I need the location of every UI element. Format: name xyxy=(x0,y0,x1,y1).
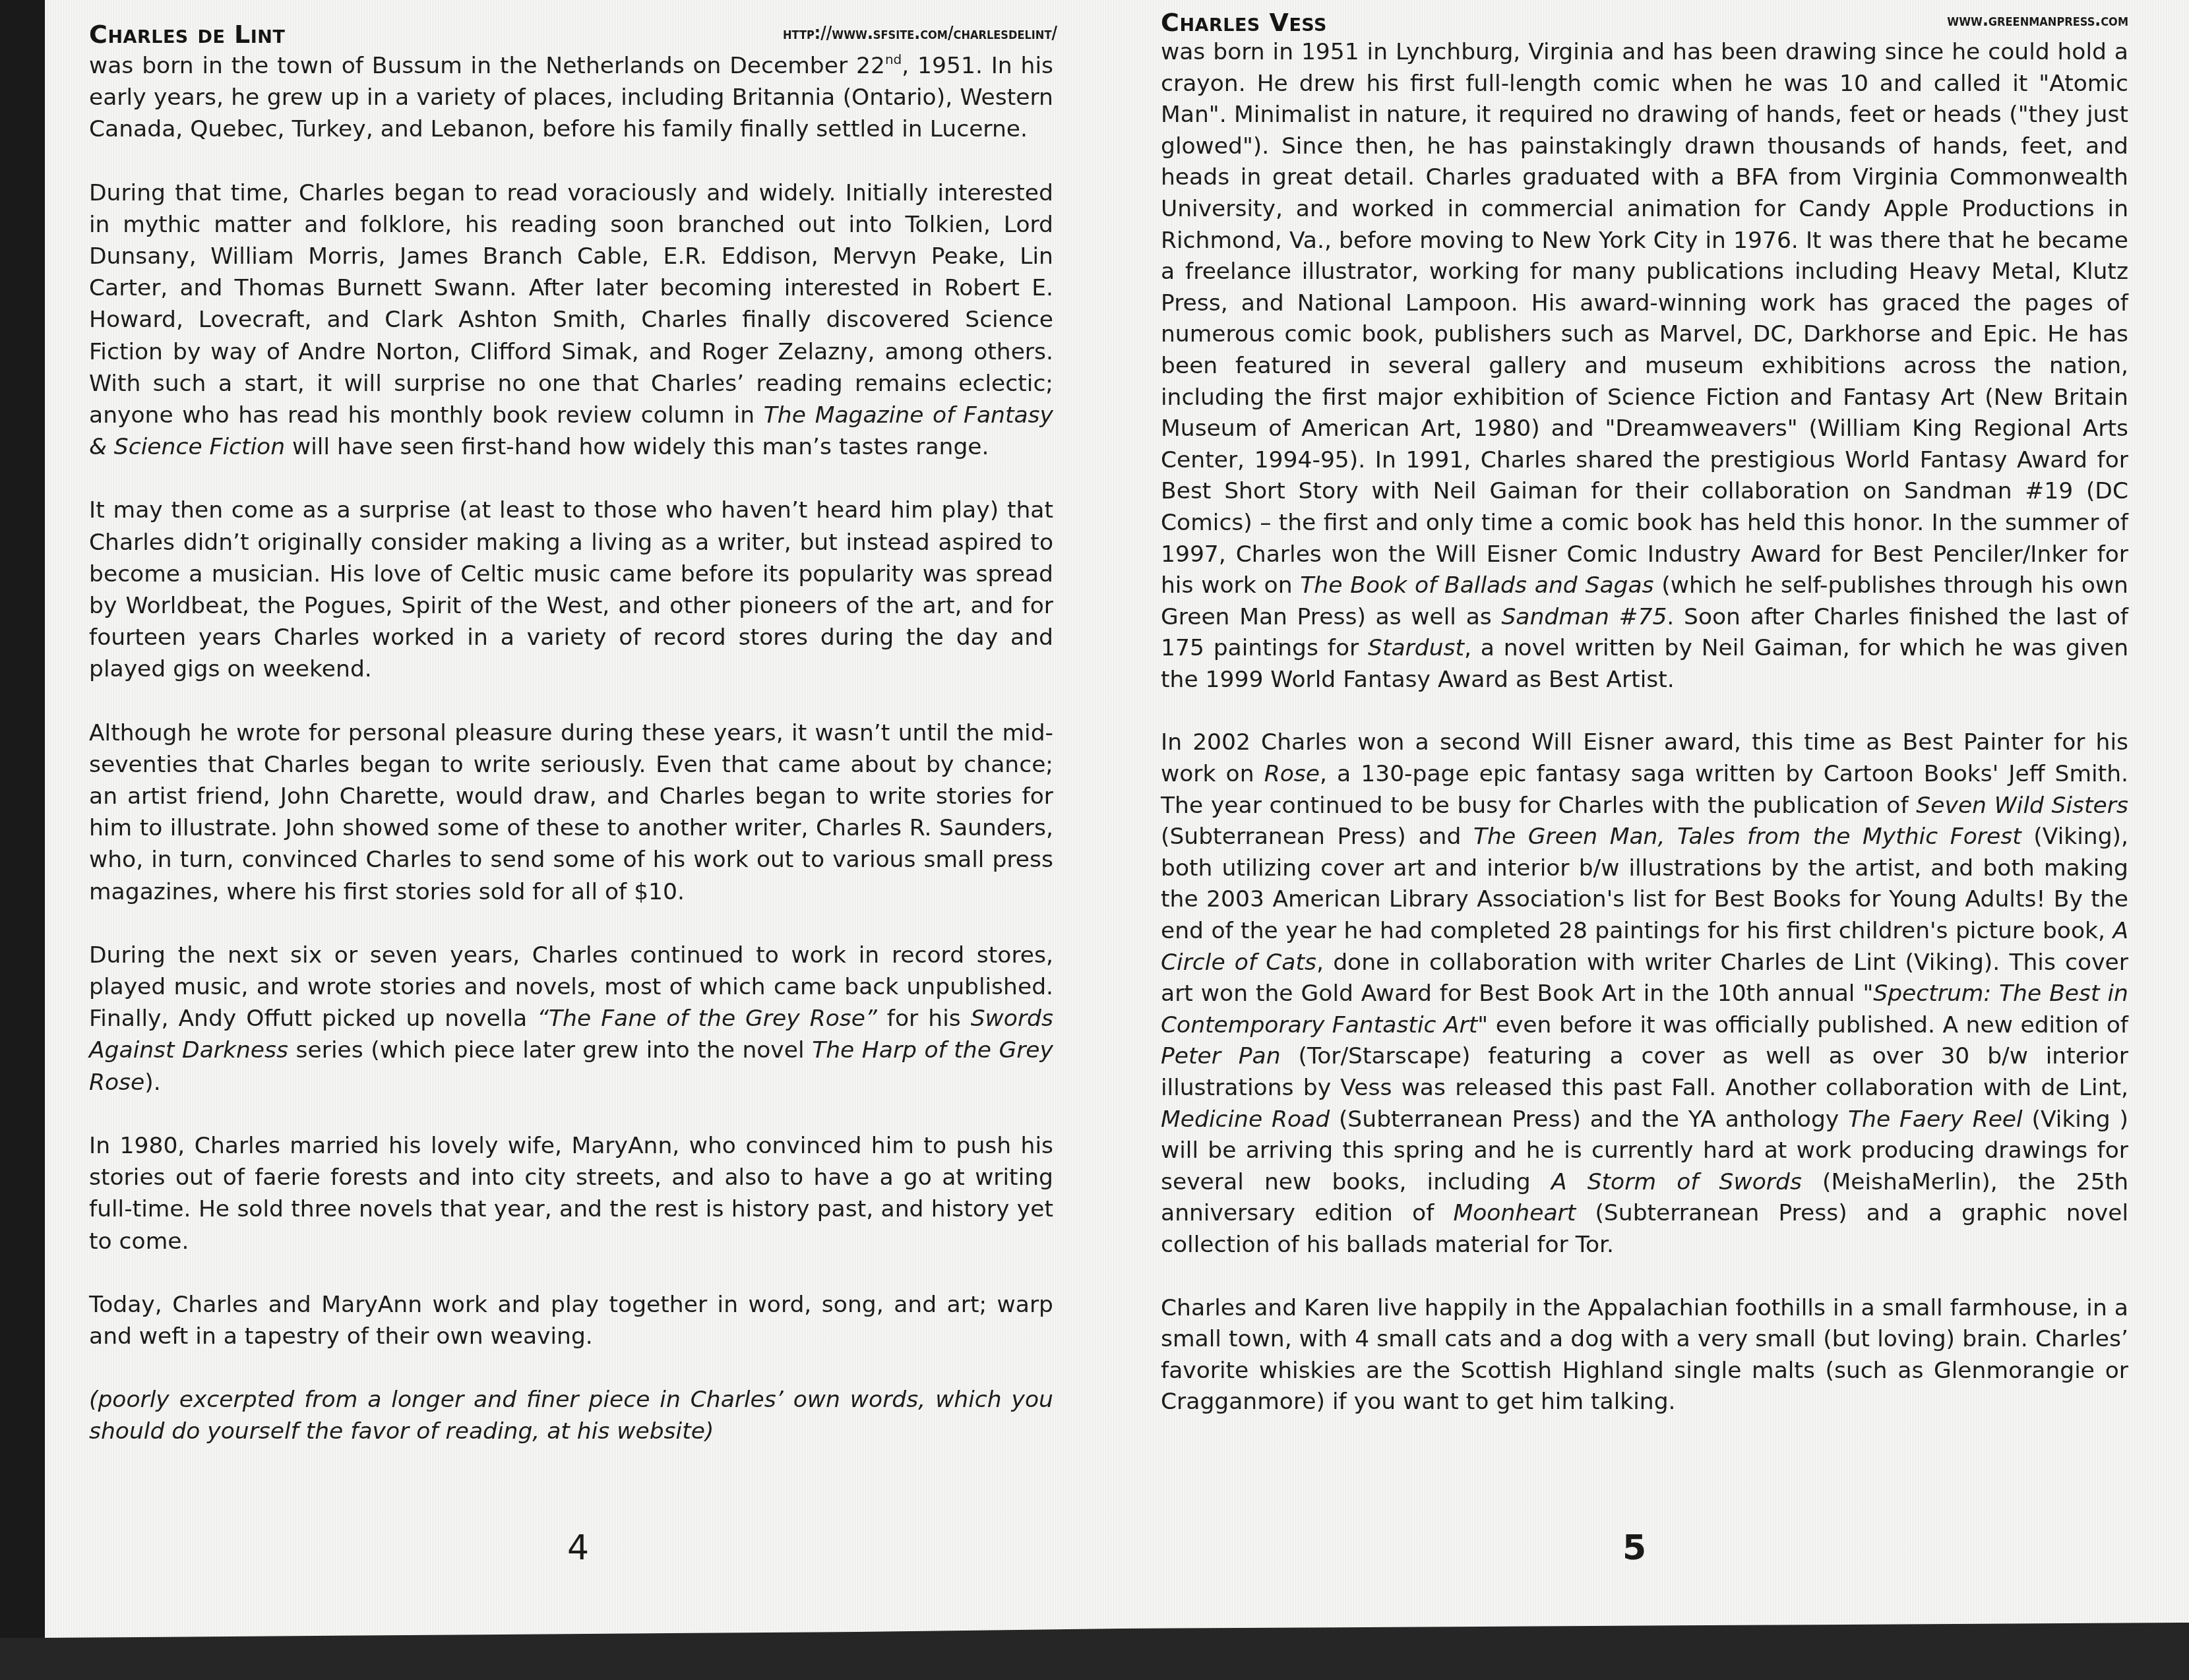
bio-paragraph: In 1980, Charles married his lovely wife… xyxy=(89,1130,1053,1257)
work-title: Stardust xyxy=(1368,635,1464,661)
page-number: 4 xyxy=(567,1528,589,1568)
bio-text: was born in the town of Bussum in the Ne… xyxy=(89,50,1053,1480)
bio-paragraph: During the next six or seven years, Char… xyxy=(89,940,1053,1098)
work-title: Sandman #75 xyxy=(1501,604,1667,630)
work-title: The Green Man, Tales from the Mythic For… xyxy=(1473,824,2021,850)
source-note: (poorly excerpted from a longer and fine… xyxy=(89,1384,1053,1447)
work-title: Medicine Road xyxy=(1161,1106,1330,1133)
author-name: Charles Vess xyxy=(1161,8,1327,37)
bio-paragraph: In 2002 Charles won a second Will Eisner… xyxy=(1161,727,2128,1261)
bio-paragraph: Although he wrote for personal pleasure … xyxy=(89,717,1053,908)
work-title: Seven Wild Sisters xyxy=(1916,793,2128,819)
page-number: 5 xyxy=(1622,1528,1646,1568)
work-title: Moonheart xyxy=(1453,1200,1576,1226)
work-title: A Storm of Swords xyxy=(1551,1169,1802,1195)
work-title: “The Fane of the Grey Rose” xyxy=(537,1005,877,1032)
work-title: The Faery Reel xyxy=(1848,1106,2023,1133)
author-name: Charles de Lint xyxy=(89,20,285,49)
work-title: Rose xyxy=(1264,761,1320,787)
work-title: Peter Pan xyxy=(1161,1043,1281,1069)
bio-paragraph: Charles and Karen live happily in the Ap… xyxy=(1161,1293,2128,1418)
author-header: Charles de Lint http://www.sfsite.com/ch… xyxy=(89,20,1053,53)
bio-text: was born in 1951 in Lynchburg, Virginia … xyxy=(1161,37,2128,1450)
scan-left-edge xyxy=(0,0,45,1680)
bio-paragraph: Today, Charles and MaryAnn work and play… xyxy=(89,1289,1053,1352)
work-title: The Book of Ballads and Sagas xyxy=(1300,572,1653,599)
author-header: Charles Vess www.greenmanpress.com xyxy=(1161,8,2128,41)
bio-paragraph: During that time, Charles began to read … xyxy=(89,177,1053,464)
author-website-link[interactable]: http://www.sfsite.com/charlesdelint/ xyxy=(783,24,1057,44)
author-website-link[interactable]: www.greenmanpress.com xyxy=(1947,11,2128,30)
bio-paragraph: was born in the town of Bussum in the Ne… xyxy=(89,50,1053,146)
bio-paragraph: It may then come as a surprise (at least… xyxy=(89,495,1053,685)
bio-paragraph: was born in 1951 in Lynchburg, Virginia … xyxy=(1161,37,2128,696)
